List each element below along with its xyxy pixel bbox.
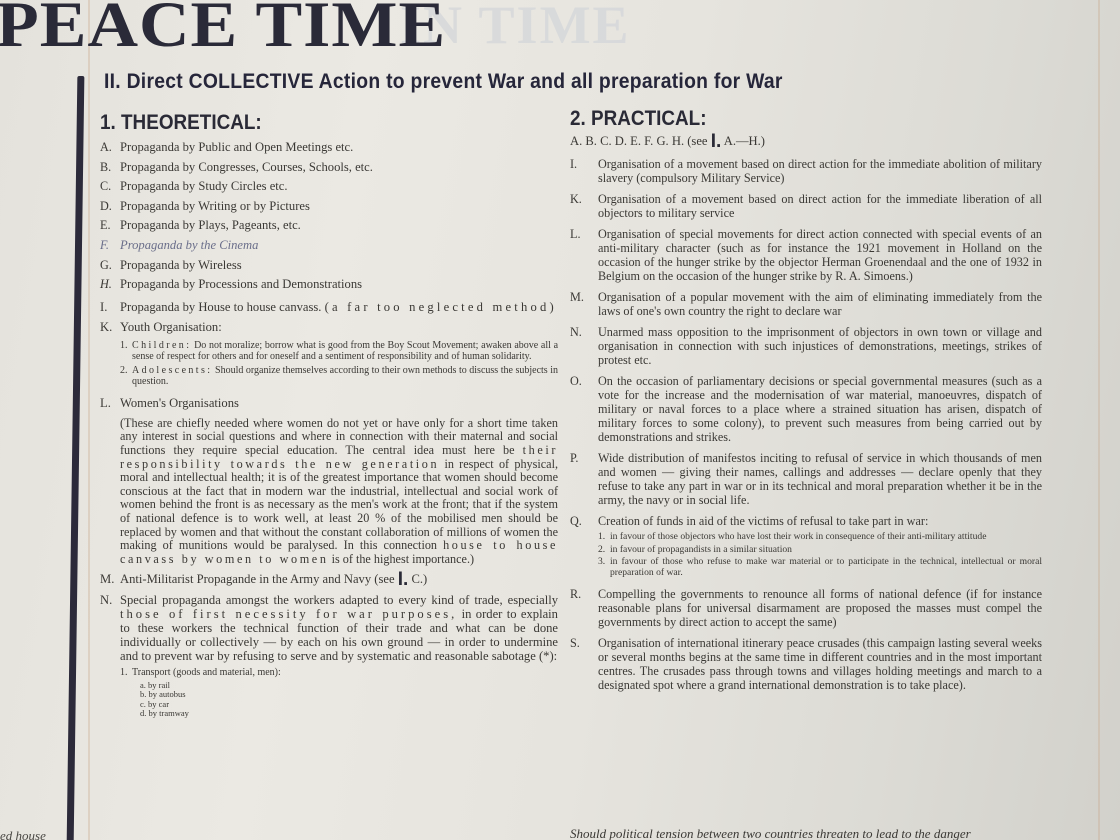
practical-column: 2. PRACTICAL: A. B. C. D. E. F. G. H. (s… <box>566 112 1042 699</box>
list-item-anti-militarist: M. Anti-Militarist Propagande in the Arm… <box>88 572 558 587</box>
list-item: F.Propaganda by the Cinema <box>88 238 558 252</box>
list-item: P.Wide distribution of manifestos inciti… <box>566 451 1042 507</box>
list-item: H.Propaganda by Processions and Demonstr… <box>88 277 558 291</box>
list-item: A.Propaganda by Public and Open Meetings… <box>88 140 558 154</box>
list-item: O.On the occasion of parliamentary decis… <box>566 374 1042 444</box>
practical-heading: 2. PRACTICAL: <box>570 112 995 126</box>
list-item: S.Organisation of international itinerar… <box>566 636 1042 692</box>
list-item: M.Organisation of a popular movement wit… <box>566 290 1042 318</box>
emphasis-text: (a far too neglected method) <box>325 300 557 314</box>
list-item: L.Organisation of special movements for … <box>566 227 1042 283</box>
list-item-house-canvass: I. Propaganda by House to house canvass.… <box>88 297 558 318</box>
sublist-item: 2.Adolescents: Should organize themselve… <box>120 365 558 388</box>
vertical-rule <box>67 76 85 840</box>
list-item-funds: Q. Creation of funds in aid of the victi… <box>566 514 1042 580</box>
sublist-item: 1.Children: Do not moralize; borrow what… <box>120 340 558 363</box>
list-item: G.Propaganda by Wireless <box>88 258 558 272</box>
list-item: I.Organisation of a movement based on di… <box>566 157 1042 185</box>
reference-line: A. B. C. D. E. F. G. H. (see I. A.—H.) <box>570 134 1042 149</box>
list-item: R.Compelling the governments to renounce… <box>566 587 1042 629</box>
section-title: II. Direct COLLECTIVE Action to prevent … <box>104 70 783 94</box>
list-item: D.Propaganda by Writing or by Pictures <box>88 199 558 213</box>
sublist-item: 1.Transport (goods and material, men): <box>120 667 558 679</box>
list-item-special-propaganda: N. Special propaganda amongst the worker… <box>88 593 558 719</box>
list-item: C.Propaganda by Study Circles etc. <box>88 179 558 193</box>
sublist: 1.Children: Do not moralize; borrow what… <box>120 340 558 388</box>
list-item: B.Propaganda by Congresses, Courses, Sch… <box>88 160 558 174</box>
sublist-item: 1.in favour of those objectors who have … <box>598 532 1042 543</box>
list-item-women: L. Women's Organisations (These are chie… <box>88 396 558 567</box>
women-paragraph: (These are chiefly needed where women do… <box>120 417 558 567</box>
paper-crease <box>1098 0 1100 840</box>
theoretical-column: 1. THEORETICAL: A.Propaganda by Public a… <box>88 116 558 725</box>
subsublist: a. by rail b. by autobus c. by car d. by… <box>140 681 558 719</box>
list-item-youth: K. Youth Organisation: 1.Children: Do no… <box>88 320 558 390</box>
cut-off-text: ed house <box>0 828 46 840</box>
sublist: 1.in favour of those objectors who have … <box>598 532 1042 578</box>
list-item: K.Organisation of a movement based on di… <box>566 192 1042 220</box>
list-item: E.Propaganda by Plays, Pageants, etc. <box>88 218 558 232</box>
poster-title: PEACE TIME <box>0 0 446 63</box>
closing-line: Should political tension between two cou… <box>570 826 971 840</box>
sublist-item: 2.in favour of propagandists in a simila… <box>598 545 1042 556</box>
theoretical-heading: 1. THEORETICAL: <box>100 116 512 130</box>
list-item: N.Unarmed mass opposition to the impriso… <box>566 325 1042 367</box>
sublist-item: 3.in favour of those who refuse to make … <box>598 557 1042 578</box>
